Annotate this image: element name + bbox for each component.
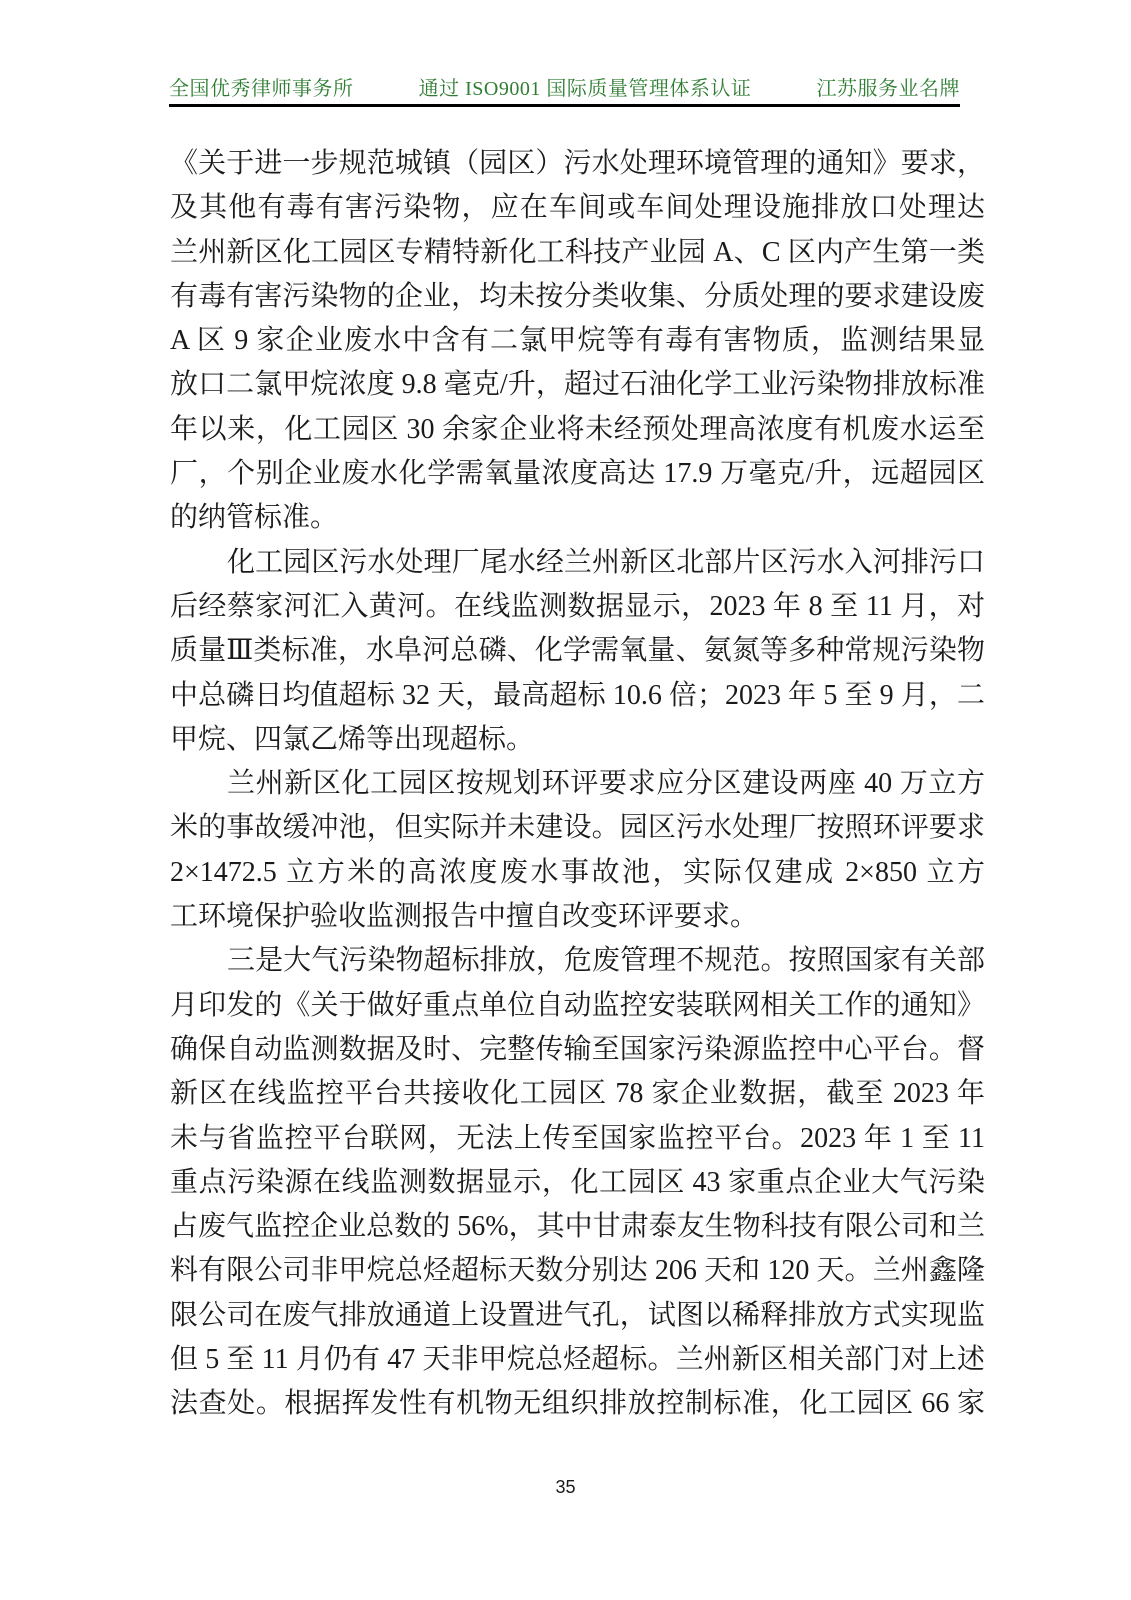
text-line: 未与省监控平台联网，无法上传至国家监控平台。2023 年 1 至 11 月，兰州…: [170, 1117, 985, 1161]
text-line: 后经蔡家河汇入黄河。在线监测数据显示，2023 年 8 至 11 月，对照地表水…: [170, 585, 985, 629]
text-line: 兰州新区化工园区专精特新化工科技产业园 A、C 区内产生第一类污染物及其他: [170, 231, 985, 275]
text-line: 厂，个别企业废水化学需氧量浓度高达 17.9 万毫克/升，远超园区 6500 毫…: [170, 452, 985, 496]
text-line: 法查处。根据挥发性有机物无组织排放控制标准，化工园区 66 家企业应开展泄: [170, 1382, 985, 1426]
text-line: 工环境保护验收监测报告中擅自改变环评要求。: [170, 895, 985, 939]
text-line: 月印发的《关于做好重点单位自动监控安装联网相关工作的通知》规定，各地应: [170, 984, 985, 1028]
text-line: 料有限公司非甲烷总烃超标天数分别达 206 天和 120 天。兰州鑫隆泰生物科技…: [170, 1249, 985, 1293]
text-line: 限公司在废气排放通道上设置进气孔，试图以稀释排放方式实现监测数据达标，: [170, 1294, 985, 1338]
text-line: 米的事故缓冲池，但实际并未建设。园区污水处理厂按照环评要求应建设: [170, 806, 985, 850]
text-line: 放口二氯甲烷浓度 9.8 毫克/升，超过石油化学工业污染物排放标准 48 倍。2…: [170, 363, 985, 407]
text-line: 有毒有害污染物的企业，均未按分类收集、分质处理的要求建设废水处理设施。: [170, 275, 985, 319]
text-line: 中总磷日均值超标 32 天，最高超标 10.6 倍；2023 年 5 至 9 月…: [170, 674, 985, 718]
text-line: 《关于进一步规范城镇（园区）污水处理环境管理的通知》要求，第一类污染物: [170, 142, 985, 186]
text-line: 占废气监控企业总数的 56%，其中甘肃泰友生物科技有限公司和兰州常鑫泰新材: [170, 1205, 985, 1249]
page-header: 全国优秀律师事务所 通过 ISO9001 国际质量管理体系认证 江苏服务业名牌: [169, 76, 960, 102]
text-line: 确保自动监测数据及时、完整传输至国家污染源监控中心平台。督察发现，兰州: [170, 1028, 985, 1072]
text-line: 兰州新区化工园区按规划环评要求应分区建设两座 40 万立方米和 50 万立方: [170, 762, 985, 806]
header-center-label: 通过 ISO9001 国际质量管理体系认证: [419, 76, 752, 102]
body-text: 《关于进一步规范城镇（园区）污水处理环境管理的通知》要求，第一类污染物及其他有毒…: [170, 142, 985, 1427]
text-line: 新区在线监控平台共接收化工园区 78 家企业数据，截至 2023 年 10 月，…: [170, 1072, 985, 1116]
text-line: 的纳管标准。: [170, 496, 985, 540]
text-line: 三是大气污染物超标排放，危废管理不规范。按照国家有关部门 2021 年 10: [170, 939, 985, 983]
text-line: 但 5 至 11 月仍有 47 天非甲烷总烃超标。兰州新区相关部门对上述超标行为…: [170, 1338, 985, 1382]
header-rule: [169, 104, 960, 107]
page-number: 35: [0, 1477, 1131, 1498]
text-line: 2×1472.5 立方米的高浓度废水事故池，实际仅建成 2×850 立方米，并且…: [170, 851, 985, 895]
header-left-label: 全国优秀律师事务所: [169, 76, 354, 102]
text-line: 质量Ⅲ类标准，水阜河总磷、化学需氧量、氨氮等多种常规污染物出现超标，其: [170, 629, 985, 673]
document-page: 全国优秀律师事务所 通过 ISO9001 国际质量管理体系认证 江苏服务业名牌 …: [0, 0, 1131, 1600]
text-line: 重点污染源在线监测数据显示，化工园区 43 家重点企业大气污染物超标排放，: [170, 1161, 985, 1205]
text-line: 甲烷、四氯乙烯等出现超标。: [170, 718, 985, 762]
header-right-label: 江苏服务业名牌: [816, 76, 960, 102]
text-line: 及其他有毒有害污染物，应在车间或车间处理设施排放口处理达标。督察发现，: [170, 186, 985, 230]
text-line: 年以来，化工园区 30 余家企业将未经预处理高浓度有机废水运至园区污水处理: [170, 408, 985, 452]
text-line: A 区 9 家企业废水中含有二氯甲烷等有毒有害物质，监测结果显示，A 区废水排: [170, 319, 985, 363]
text-line: 化工园区污水处理厂尾水经兰州新区北部片区污水入河排污口排入水阜河，: [170, 541, 985, 585]
